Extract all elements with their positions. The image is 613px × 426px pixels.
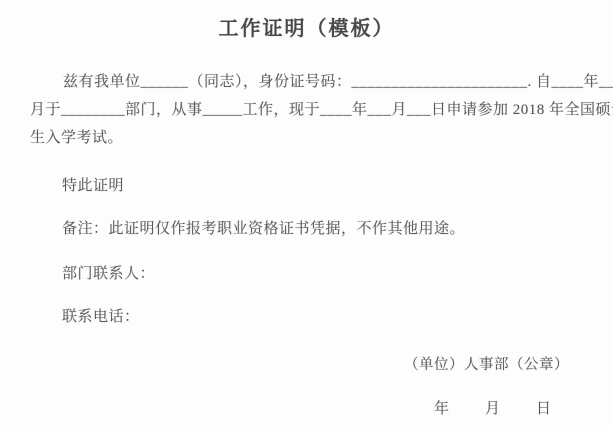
contact-person-label: 部门联系人： [62, 262, 155, 283]
certify-statement: 特此证明 [62, 174, 124, 195]
note-line: 备注：此证明仅作报考职业资格证书凭据，不作其他用途。 [62, 217, 465, 238]
signature-seal-line: （单位）人事部（公章） [404, 353, 569, 374]
contact-phone-label: 联系电话： [62, 305, 140, 326]
paragraph-line-3: 生入学考试。 [30, 124, 587, 152]
date-line: 年 月 日 [434, 397, 553, 418]
body-paragraph: 兹有我单位______（同志），身份证号码：__________________… [30, 68, 587, 152]
paragraph-line-1: 兹有我单位______（同志），身份证号码：__________________… [30, 68, 587, 96]
document-title: 工作证明（模板） [0, 12, 613, 41]
paragraph-line-2: 月于________部门，从事_____工作，现于____年___月___日申请… [30, 96, 587, 124]
work-certificate-document: 工作证明（模板） 兹有我单位______（同志），身份证号码：_________… [0, 0, 613, 426]
